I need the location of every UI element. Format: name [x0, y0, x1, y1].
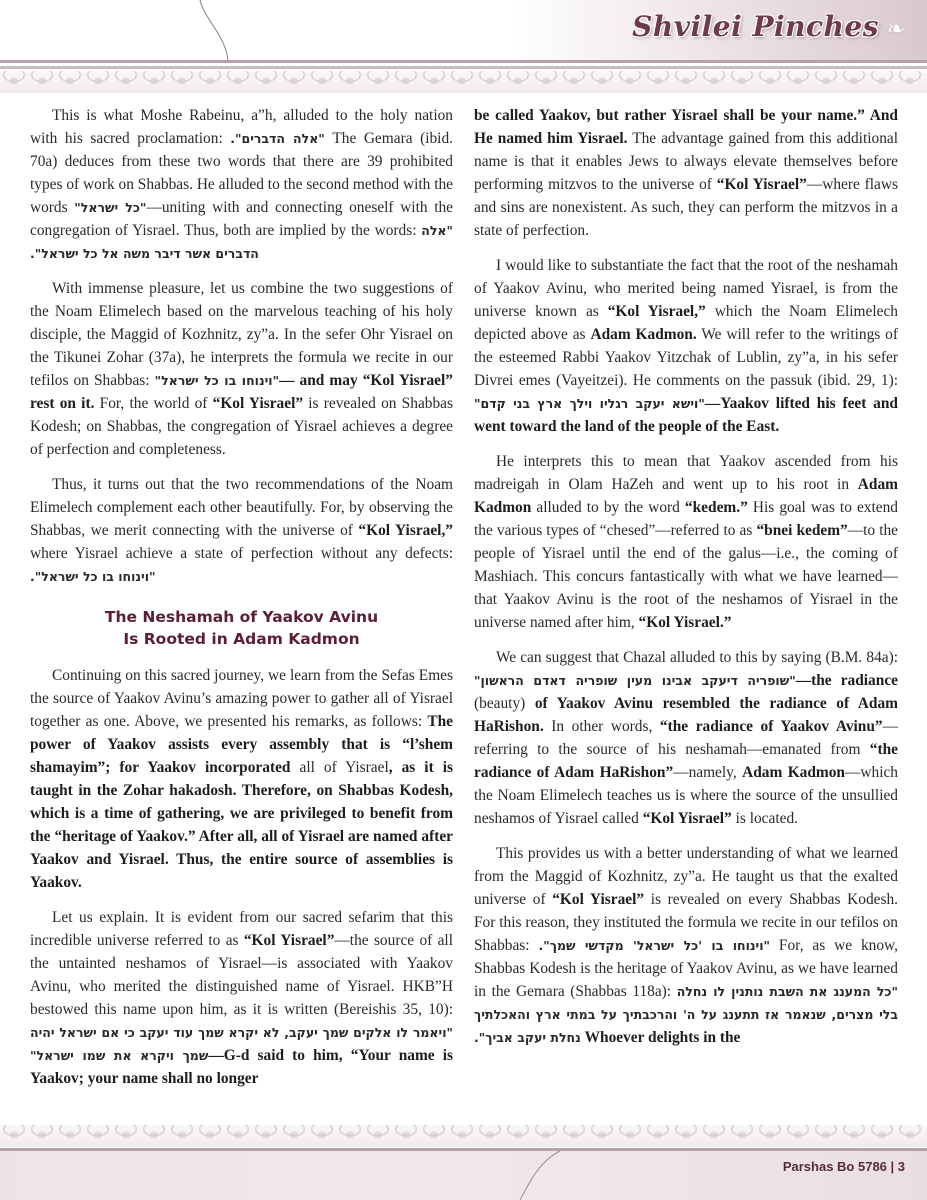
text: alluded to by the word [531, 499, 685, 516]
hebrew-quote: "וינוחו בו כל ישראל" [155, 373, 279, 388]
hebrew-quote: "וינוחו בו 'כל ישראל' מקדשי שמך". [538, 938, 770, 953]
bold-text: “Kol Yisrael” [552, 891, 644, 908]
text: We can suggest that Chazal alluded to th… [496, 649, 898, 666]
bold-text: —the radiance [796, 672, 898, 689]
bold-text: “Kol Yisrael,” [608, 303, 706, 320]
bold-text: “Kol Yisrael” [717, 176, 807, 193]
section-heading: The Neshamah of Yaakov Avinu Is Rooted i… [30, 606, 453, 650]
publication-title: Shvilei Pinches [632, 10, 879, 43]
text: Continuing on this sacred journey, we le… [30, 667, 453, 730]
paragraph: Continuing on this sacred journey, we le… [30, 664, 453, 894]
hebrew-quote: "שופריה דיעקב אבינו מעין שופריה דאדם הרא… [474, 673, 796, 688]
paragraph: He interprets this to mean that Yaakov a… [474, 450, 898, 634]
hebrew-quote: "אלה הדברים". [230, 131, 325, 146]
text: In other words, [544, 718, 660, 735]
bold-text: “Kol Yisrael” [213, 395, 303, 412]
text: all of Yisrael [290, 759, 388, 776]
text: is located. [732, 810, 798, 827]
bold-text: Adam Kadmon [742, 764, 845, 781]
section-heading-line-2: Is Rooted in Adam Kadmon [30, 628, 453, 650]
ornamental-border-top [0, 71, 927, 93]
bold-text: “bnei kedem” [756, 522, 847, 539]
left-column: This is what Moshe Rabeinu, a”h, alluded… [30, 104, 453, 1102]
text: (beauty) [474, 695, 535, 712]
ornamental-border-bottom [0, 1125, 927, 1147]
hebrew-quote: "וינוחו בו כל ישראל". [30, 569, 156, 584]
page-footer: Parshas Bo 5786 | 3 [0, 1151, 927, 1200]
paragraph: This provides us with a better understan… [474, 842, 898, 1049]
header-rule-secondary [0, 66, 927, 69]
page-header: Shvilei Pinches ❧ [0, 0, 927, 60]
bold-text: “the radiance of Yaakov Avinu” [660, 718, 883, 735]
bold-text: , as it is taught in the Zohar hakadosh.… [30, 759, 453, 891]
section-heading-line-1: The Neshamah of Yaakov Avinu [30, 606, 453, 628]
text: For, the world of [94, 395, 212, 412]
paragraph-continued: be called Yaakov, but rather Yisrael sha… [474, 104, 898, 242]
bold-text: “Kol Yisrael,” [358, 522, 453, 539]
bold-text: Whoever delights in the [581, 1029, 741, 1046]
text: —namely, [673, 764, 742, 781]
text: where Yisrael achieve a state of perfect… [30, 545, 453, 562]
header-rule [0, 60, 927, 63]
text: He interprets this to mean that Yaakov a… [474, 453, 898, 493]
bold-text: “kedem.” [685, 499, 748, 516]
paragraph: With immense pleasure, let us combine th… [30, 277, 453, 461]
page-number-label: Parshas Bo 5786 | 3 [783, 1159, 905, 1174]
hebrew-quote: "כל ישראל" [74, 200, 146, 215]
paragraph: Let us explain. It is evident from our s… [30, 906, 453, 1090]
paragraph: We can suggest that Chazal alluded to th… [474, 646, 898, 830]
bold-text: “Kol Yisrael” [244, 932, 335, 949]
right-column: be called Yaakov, but rather Yisrael sha… [474, 104, 898, 1061]
paragraph: This is what Moshe Rabeinu, a”h, alluded… [30, 104, 453, 265]
bold-text: “Kol Yisrael” [643, 810, 732, 827]
bold-text: “Kol Yisrael.” [639, 614, 732, 631]
swirl-ornament-icon: ❧ [887, 16, 905, 42]
paragraph: Thus, it turns out that the two recommen… [30, 473, 453, 588]
hebrew-quote: "וישא יעקב רגליו וילך ארץ בני קדם" [474, 396, 705, 411]
bold-text: Adam Kadmon. [590, 326, 696, 343]
paragraph: I would like to substantiate the fact th… [474, 254, 898, 438]
